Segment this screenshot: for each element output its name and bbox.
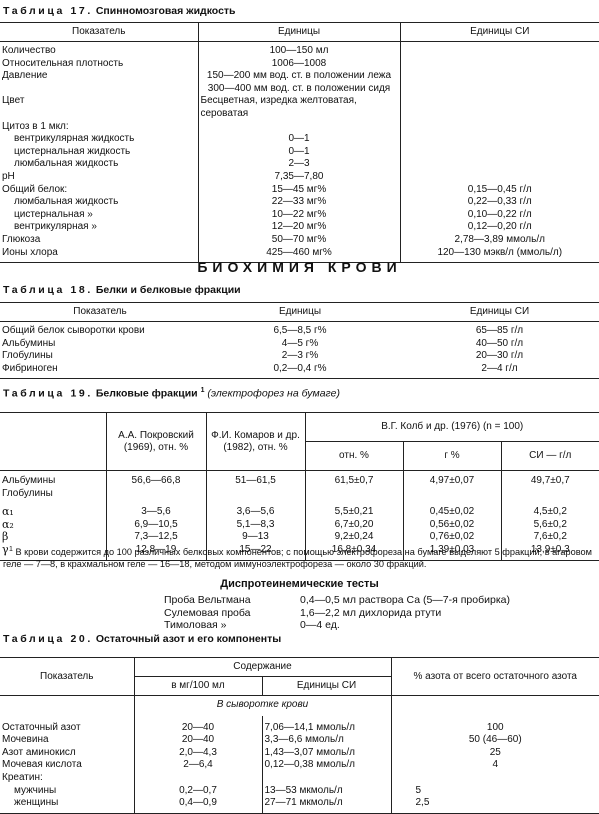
mg-cell xyxy=(134,772,262,785)
rel-cell: 6,7±0,20 xyxy=(305,519,403,532)
units-cell: 12—20 мг% xyxy=(198,221,400,234)
table17-row: Давление150—200 мм вод. ст. в положении … xyxy=(0,70,599,83)
table20-row: Мочевина20—403,3—6,6 ммоль/л50 (46—60) xyxy=(0,734,599,747)
table18-row: Альбумины4—5 г%40—50 г/л xyxy=(0,338,599,351)
table20-caption-title: Остаточный азот и его компоненты xyxy=(96,633,281,645)
si-cell xyxy=(400,171,599,184)
table20: Показатель Содержание % азота от всего о… xyxy=(0,657,599,814)
g-cell: 4,97±0,07 xyxy=(403,471,501,488)
si-cell: 1,43—3,07 ммоль/л xyxy=(262,747,391,760)
table20-group-label: В сыворотке крови xyxy=(134,696,391,716)
dysproteinemic-row: Тимоловая »0—4 ед. xyxy=(164,619,340,632)
si-cell: 7,6±0,2 xyxy=(501,531,599,544)
units-cell: 2—3 г% xyxy=(200,350,400,363)
table20-row: Остаточный азот20—407,06—14,1 ммоль/л100 xyxy=(0,716,599,735)
table19-caption: Таблица 19. Белковые фракции 1 (электроф… xyxy=(3,387,340,400)
g-cell: 0,76±0,02 xyxy=(403,531,501,544)
table17-header-row: Показатель Единицы Единицы СИ xyxy=(0,23,599,42)
pokrovsky-cell: 6,9—10,5 xyxy=(106,519,206,532)
si-cell: 13—53 мкмоль/л xyxy=(262,785,391,798)
table18-caption-prefix: Таблица 18. xyxy=(3,284,93,296)
si-cell: 0,10—0,22 г/л xyxy=(400,209,599,222)
indicator-cell: Цитоз в 1 мкл: xyxy=(0,121,198,134)
table20-caption: Таблица 20. Остаточный азот и его компон… xyxy=(3,633,281,645)
table17-row: люмбальная жидкость22—33 мг%0,22—0,33 г/… xyxy=(0,196,599,209)
indicator-cell: Цвет xyxy=(0,95,198,108)
pokrovsky-cell: 3—5,6 xyxy=(106,500,206,519)
table19-row: Глобулины xyxy=(0,488,599,501)
footnote-marker: 1 xyxy=(9,546,13,553)
table17-header-units: Единицы xyxy=(198,23,400,42)
dysproteinemic-title: Диспротеинемические тесты xyxy=(0,578,599,590)
table17-caption: Таблица 17. Спинномозговая жидкость xyxy=(3,5,236,17)
si-cell xyxy=(400,95,599,108)
table19-caption-footnote-ref: 1 xyxy=(201,387,205,394)
units-cell: 0—1 xyxy=(198,133,400,146)
indicator-cell xyxy=(0,108,198,121)
indicator-cell: цистернальная » xyxy=(0,209,198,222)
indicator-cell: Количество xyxy=(0,42,198,58)
table18-row: Общий белок сыворотки крови6,5—8,5 г%65—… xyxy=(0,322,599,338)
komarov-cell: 5,1—8,3 xyxy=(206,519,305,532)
komarov-cell: 3,6—5,6 xyxy=(206,500,305,519)
si-cell: 3,3—6,6 ммоль/л xyxy=(262,734,391,747)
table19-header-row-1: А.А. Покровский (1969), отн. % Ф.И. Кома… xyxy=(0,413,599,442)
indicator-cell: Мочевина xyxy=(0,734,134,747)
table18-caption-title: Белки и белковые фракции xyxy=(96,284,241,296)
units-cell: 4—5 г% xyxy=(200,338,400,351)
table20-header-percent: % азота от всего остаточного азота xyxy=(391,658,599,696)
table19-row: β7,3—12,59—139,2±0,240,76±0,027,6±0,2 xyxy=(0,531,599,544)
units-cell: 1006—1008 xyxy=(198,58,400,71)
table20-group-row: В сыворотке крови xyxy=(0,696,599,716)
si-cell xyxy=(400,158,599,171)
table19-header-indicator xyxy=(0,413,106,471)
indicator-cell: pH xyxy=(0,171,198,184)
indicator-cell: цистернальная жидкость xyxy=(0,146,198,159)
units-cell: 10—22 мг% xyxy=(198,209,400,222)
table20-row: Креатин: xyxy=(0,772,599,785)
table20-header-indicator: Показатель xyxy=(0,658,134,696)
mg-cell: 2—6,4 xyxy=(134,759,262,772)
table18-header-indicator: Показатель xyxy=(0,303,200,322)
table19-caption-title: Белковые фракции xyxy=(96,388,198,400)
indicator-cell: Общий белок сыворотки крови xyxy=(0,322,200,338)
table19-row: α₂6,9—10,55,1—8,36,7±0,200,56±0,025,6±0,… xyxy=(0,519,599,532)
percent-cell: 4 xyxy=(391,759,599,772)
si-cell: 0,12—0,38 ммоль/л xyxy=(262,759,391,772)
test-value: 0—4 ед. xyxy=(300,619,340,631)
table19-footnote: 1 В крови содержится до 100 различных бе… xyxy=(3,544,593,570)
table19-header-kolb-rel: отн. % xyxy=(305,442,403,471)
table20-row: Мочевая кислота2—6,40,12—0,38 ммоль/л4 xyxy=(0,759,599,772)
g-cell: 0,45±0,02 xyxy=(403,500,501,519)
fraction-cell: β xyxy=(0,531,106,544)
indicator-cell: Глобулины xyxy=(0,350,200,363)
indicator-cell: Мочевая кислота xyxy=(0,759,134,772)
table20-header-mg: в мг/100 мл xyxy=(134,677,262,696)
table19-caption-subtitle: (электрофорез на бумаге) xyxy=(207,388,340,400)
si-cell: 40—50 г/л xyxy=(400,338,599,351)
table17-row: pH7,35—7,80 xyxy=(0,171,599,184)
si-cell xyxy=(400,83,599,96)
table19-header-komarov: Ф.И. Комаров и др. (1982), отн. % xyxy=(206,413,305,471)
table17-header-indicator: Показатель xyxy=(0,23,198,42)
rel-cell: 5,5±0,21 xyxy=(305,500,403,519)
si-cell: 65—85 г/л xyxy=(400,322,599,338)
table18-row: Фибриноген0,2—0,4 г%2—4 г/л xyxy=(0,363,599,379)
indicator-cell: Относительная плотность xyxy=(0,58,198,71)
units-cell: сероватая xyxy=(198,108,400,121)
mg-cell: 2,0—4,3 xyxy=(134,747,262,760)
fraction-cell: α₂ xyxy=(0,519,106,532)
pokrovsky-cell: 7,3—12,5 xyxy=(106,531,206,544)
si-cell: 0,12—0,20 г/л xyxy=(400,221,599,234)
table17-row: люмбальная жидкость2—3 xyxy=(0,158,599,171)
table19-row: Альбумины56,6—66,851—61,561,5±0,74,97±0,… xyxy=(0,471,599,488)
komarov-cell: 51—61,5 xyxy=(206,471,305,488)
units-cell xyxy=(198,121,400,134)
table18: Показатель Единицы Единицы СИ Общий бело… xyxy=(0,302,599,379)
mg-cell: 0,4—0,9 xyxy=(134,797,262,813)
percent-cell xyxy=(391,772,599,785)
mg-cell: 20—40 xyxy=(134,716,262,735)
table20-header-si: Единицы СИ xyxy=(262,677,391,696)
table19-header-pokrovsky-line1: А.А. Покровский xyxy=(118,430,194,441)
mg-cell: 20—40 xyxy=(134,734,262,747)
table18-header-units: Единицы xyxy=(200,303,400,322)
table19-header-pokrovsky-line2: (1969), отн. % xyxy=(124,442,188,453)
table18-row: Глобулины2—3 г%20—30 г/л xyxy=(0,350,599,363)
table17-row: Относительная плотность1006—1008 xyxy=(0,58,599,71)
table20-caption-prefix: Таблица 20. xyxy=(3,633,93,645)
table17-row: Общий белок:15—45 мг%0,15—0,45 г/л xyxy=(0,184,599,197)
table18-header-row: Показатель Единицы Единицы СИ xyxy=(0,303,599,322)
test-value: 1,6—2,2 мл дихлорида ртути xyxy=(300,607,441,619)
table17-body: Количество100—150 млОтносительная плотно… xyxy=(0,42,599,263)
table19-header-komarov-line2: (1982), отн. % xyxy=(223,442,287,453)
rel-cell: 61,5±0,7 xyxy=(305,471,403,488)
indicator-cell: Азот аминокисл xyxy=(0,747,134,760)
units-cell: 0—1 xyxy=(198,146,400,159)
si-cell: 27—71 мкмоль/л xyxy=(262,797,391,813)
si-cell: 20—30 г/л xyxy=(400,350,599,363)
si-cell xyxy=(400,133,599,146)
indicator-cell: Остаточный азот xyxy=(0,716,134,735)
dysproteinemic-row: Проба Вельтмана0,4—0,5 мл раствора Са (5… xyxy=(164,594,510,607)
si-cell: 2,78—3,89 ммоль/л xyxy=(400,234,599,247)
table20-header-row-1: Показатель Содержание % азота от всего о… xyxy=(0,658,599,677)
indicator-cell: Давление xyxy=(0,70,198,83)
table17-row: 300—400 мм вод. ст. в положении сидя xyxy=(0,83,599,96)
table19: А.А. Покровский (1969), отн. % Ф.И. Кома… xyxy=(0,412,599,561)
units-cell: 15—45 мг% xyxy=(198,184,400,197)
si-cell xyxy=(400,58,599,71)
table17-row: Количество100—150 мл xyxy=(0,42,599,58)
table18-caption: Таблица 18. Белки и белковые фракции xyxy=(3,284,241,296)
indicator-cell: Креатин: xyxy=(0,772,134,785)
table17-caption-title: Спинномозговая жидкость xyxy=(96,5,236,17)
si-cell: 2—4 г/л xyxy=(400,363,599,379)
indicator-cell: Фибриноген xyxy=(0,363,200,379)
units-cell: 2—3 xyxy=(198,158,400,171)
indicator-cell: мужчины xyxy=(0,785,134,798)
table20-row: женщины0,4—0,927—71 мкмоль/л2,5 xyxy=(0,797,599,813)
section-title: БИОХИМИЯ КРОВИ xyxy=(0,259,599,275)
si-cell: 4,5±0,2 xyxy=(501,500,599,519)
percent-cell: 100 xyxy=(391,716,599,735)
test-name: Проба Вельтмана xyxy=(164,594,300,607)
test-name: Сулемовая проба xyxy=(164,607,300,620)
table20-header-content: Содержание xyxy=(134,658,391,677)
units-cell: 150—200 мм вод. ст. в положении лежа xyxy=(198,70,400,83)
si-cell xyxy=(400,146,599,159)
table17-row: вентрикулярная »12—20 мг%0,12—0,20 г/л xyxy=(0,221,599,234)
indicator-cell: Альбумины xyxy=(0,338,200,351)
si-cell xyxy=(400,108,599,121)
table20-body: В сыворотке крови Остаточный азот20—407,… xyxy=(0,696,599,814)
table20-row: Азот аминокисл2,0—4,31,43—3,07 ммоль/л25 xyxy=(0,747,599,760)
table19-header-kolb-si: СИ — г/л xyxy=(501,442,599,471)
si-cell: 0,22—0,33 г/л xyxy=(400,196,599,209)
si-cell xyxy=(262,772,391,785)
table18-body: Общий белок сыворотки крови6,5—8,5 г%65—… xyxy=(0,322,599,379)
table19-header-kolb-g: г % xyxy=(403,442,501,471)
table17-row: сероватая xyxy=(0,108,599,121)
indicator-cell: вентрикулярная жидкость xyxy=(0,133,198,146)
percent-cell: 25 xyxy=(391,747,599,760)
units-cell: 6,5—8,5 г% xyxy=(200,322,400,338)
table19-row: α₁3—5,63,6—5,65,5±0,210,45±0,024,5±0,2 xyxy=(0,500,599,519)
si-cell: 49,7±0,7 xyxy=(501,471,599,488)
indicator-cell xyxy=(0,83,198,96)
units-cell: 22—33 мг% xyxy=(198,196,400,209)
table19-caption-prefix: Таблица 19. xyxy=(3,388,93,400)
units-cell: 0,2—0,4 г% xyxy=(200,363,400,379)
table19-header-komarov-line1: Ф.И. Комаров и др. xyxy=(211,430,300,441)
table17-row: Цитоз в 1 мкл: xyxy=(0,121,599,134)
si-cell xyxy=(400,121,599,134)
table19-header-pokrovsky: А.А. Покровский (1969), отн. % xyxy=(106,413,206,471)
table17-caption-prefix: Таблица 17. xyxy=(3,5,93,17)
indicator-cell: люмбальная жидкость xyxy=(0,196,198,209)
table17: Показатель Единицы Единицы СИ Количество… xyxy=(0,22,599,263)
komarov-cell: 9—13 xyxy=(206,531,305,544)
si-cell: 0,15—0,45 г/л xyxy=(400,184,599,197)
percent-cell: 2,5 xyxy=(391,797,599,813)
fraction-cell: Альбумины xyxy=(0,471,106,488)
fraction-cell: Глобулины xyxy=(0,488,106,501)
footnote-text: В крови содержится до 100 различных белк… xyxy=(3,547,592,569)
pokrovsky-cell xyxy=(106,488,206,501)
indicator-cell: Глюкоза xyxy=(0,234,198,247)
test-value: 0,4—0,5 мл раствора Са (5—7-я пробирка) xyxy=(300,594,510,606)
si-cell xyxy=(400,70,599,83)
table17-row: цистернальная »10—22 мг%0,10—0,22 г/л xyxy=(0,209,599,222)
rel-cell: 9,2±0,24 xyxy=(305,531,403,544)
indicator-cell: люмбальная жидкость xyxy=(0,158,198,171)
units-cell: 300—400 мм вод. ст. в положении сидя xyxy=(198,83,400,96)
rel-cell xyxy=(305,488,403,501)
table20-row: мужчины0,2—0,713—53 мкмоль/л5 xyxy=(0,785,599,798)
si-cell: 7,06—14,1 ммоль/л xyxy=(262,716,391,735)
table17-row: ЦветБесцветная, изредка желтоватая, xyxy=(0,95,599,108)
percent-cell: 50 (46—60) xyxy=(391,734,599,747)
units-cell: 7,35—7,80 xyxy=(198,171,400,184)
indicator-cell: вентрикулярная » xyxy=(0,221,198,234)
units-cell: 100—150 мл xyxy=(198,42,400,58)
komarov-cell xyxy=(206,488,305,501)
units-cell: Бесцветная, изредка желтоватая, xyxy=(198,95,400,108)
table17-row: вентрикулярная жидкость0—1 xyxy=(0,133,599,146)
pokrovsky-cell: 56,6—66,8 xyxy=(106,471,206,488)
dysproteinemic-row: Сулемовая проба1,6—2,2 мл дихлорида ртут… xyxy=(164,607,441,620)
table17-header-si: Единицы СИ xyxy=(400,23,599,42)
mg-cell: 0,2—0,7 xyxy=(134,785,262,798)
fraction-cell: α₁ xyxy=(0,500,106,519)
si-cell xyxy=(501,488,599,501)
si-cell xyxy=(400,42,599,58)
table18-header-si: Единицы СИ xyxy=(400,303,599,322)
g-cell: 0,56±0,02 xyxy=(403,519,501,532)
si-cell: 5,6±0,2 xyxy=(501,519,599,532)
g-cell xyxy=(403,488,501,501)
indicator-cell: Общий белок: xyxy=(0,184,198,197)
table17-row: цистернальная жидкость0—1 xyxy=(0,146,599,159)
table17-row: Глюкоза50—70 мг%2,78—3,89 ммоль/л xyxy=(0,234,599,247)
units-cell: 50—70 мг% xyxy=(198,234,400,247)
indicator-cell: женщины xyxy=(0,797,134,813)
test-name: Тимоловая » xyxy=(164,619,300,632)
table19-header-kolb: В.Г. Колб и др. (1976) (n = 100) xyxy=(305,413,599,442)
percent-cell: 5 xyxy=(391,785,599,798)
